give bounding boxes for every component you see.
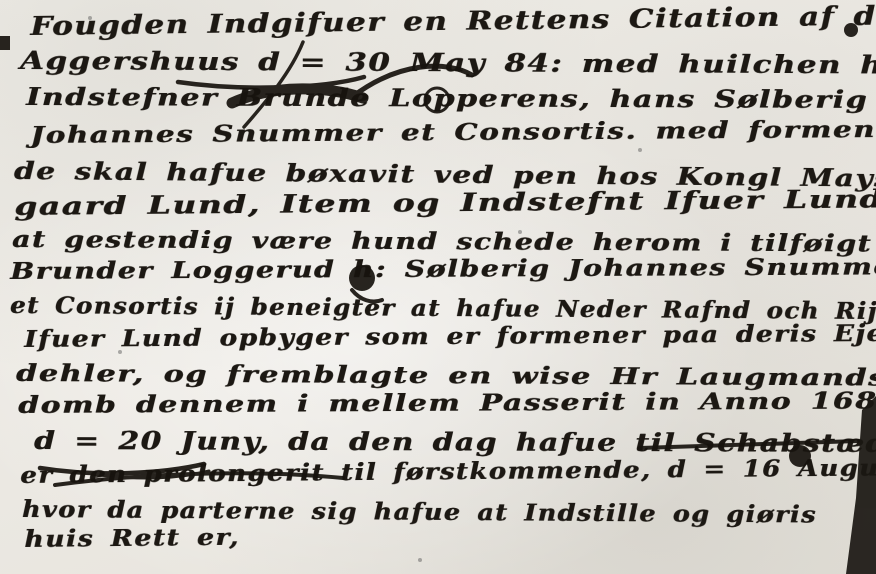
page-edge-dark-band <box>846 396 876 574</box>
handwriting-line-11: dehler, og fremblagte en wise Hr Laugman… <box>16 360 876 392</box>
paper-speck <box>418 558 422 562</box>
handwriting-line-15: hvor da parterne sig hafue at Indstille … <box>22 496 817 529</box>
handwriting-line-8: Brunder Loggerud h: Sølberig Johannes Sn… <box>10 253 876 285</box>
handwriting-line-2: Aggershuus d = 30 May 84: med huilchen h… <box>20 46 876 80</box>
handwriting-line-7: at gestendig være hund schede herom i ti… <box>12 226 872 258</box>
handwriting-line-16: huis Rett er, <box>24 524 240 553</box>
handwriting-line-13: d = 20 Juny, da den dag hafue til Schabs… <box>34 426 876 458</box>
handwriting-line-12: domb dennem i mellem Passerit in Anno 16… <box>18 387 876 419</box>
handwriting-line-4: Johannes Snummer et Consortis. med forme… <box>30 116 876 149</box>
handwriting-line-3: Indstefner Brunde Lopperens, hans Sølber… <box>26 82 868 114</box>
handwriting-line-1: Fougden Indgifuer en Rettens Citation af… <box>30 1 876 42</box>
handwriting-line-10: Ifuer Lund opbyger som er formener paa d… <box>24 320 876 353</box>
left-edge-scan-mark <box>0 36 10 50</box>
handwriting-line-14: er den prolongerit til førstkommende, d … <box>20 454 876 489</box>
manuscript-page: Fougden Indgifuer en Rettens Citation af… <box>0 0 876 574</box>
paper-speck <box>638 148 642 152</box>
handwriting-line-6: gaard Lund, Item og Indstefnt Ifuer Lund <box>14 184 876 221</box>
